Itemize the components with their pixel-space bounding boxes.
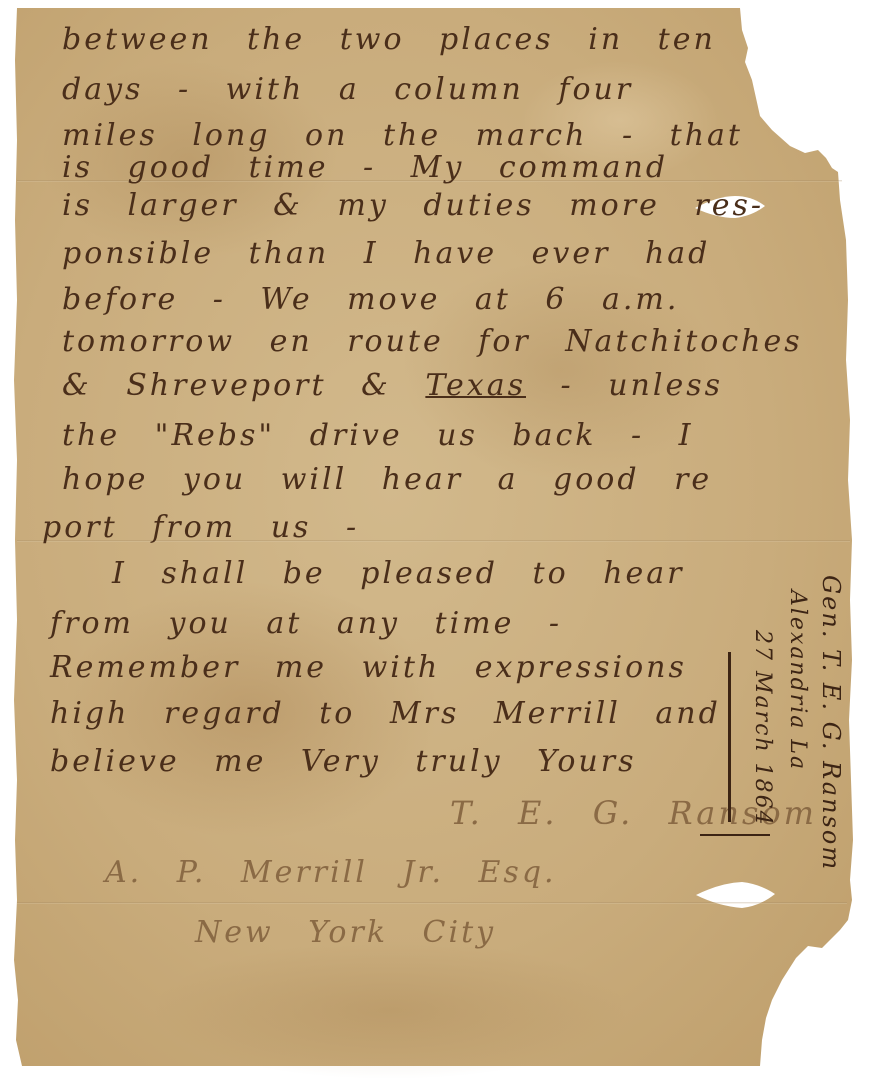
letter-line: believe me Very truly Yours [50,744,636,779]
letter-page: between the two places in ten days - wit… [0,0,871,1080]
letter-line: days - with a column four [62,72,633,107]
letter-line: high regard to Mrs Merrill and [50,696,721,731]
address-name: A. P. Merrill Jr. Esq. [105,855,557,890]
letter-line: the "Rebs" drive us back - I [62,418,694,453]
docket-rule [728,652,731,822]
letter-line: ponsible than I have ever had [62,236,710,271]
letter-line: port from us - [42,510,359,545]
docket-line: Gen. T. E. G. Ransom [817,575,845,871]
letter-line: tomorrow en route for Natchitoches [62,324,803,359]
letter-line: from you at any time - [50,606,562,641]
docket-line: Alexandria La [785,590,810,771]
letter-line-text: & Shreveport & Texas - unless [62,368,723,403]
letter-line: before - We move at 6 a.m. [62,282,679,317]
underlined-word: Texas [425,368,526,403]
letter-line: is good time - My command [62,150,668,185]
letter-line: Remember me with expressions [50,650,687,685]
address-city: New York City [195,915,496,950]
letter-line: hope you will hear a good re [62,462,712,497]
docket-line: 27 March 1864 [750,630,775,827]
letter-line: is larger & my duties more res- [62,188,764,223]
letter-line: I shall be pleased to hear [112,556,685,591]
letter-line: miles long on the march - that [62,118,743,153]
docket-rule [700,834,770,836]
letter-line: between the two places in ten [62,22,716,57]
letter-line: & Shreveport & Texas - unless [62,368,723,403]
